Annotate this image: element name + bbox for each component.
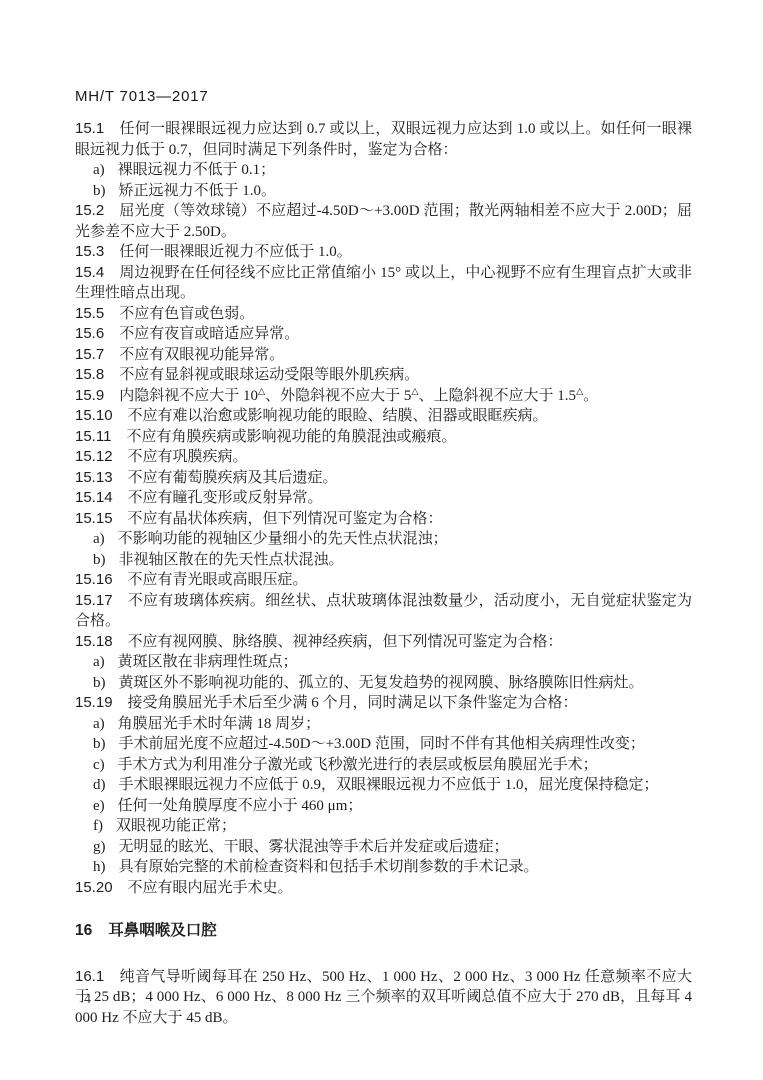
clause-number: 15.3 — [75, 243, 119, 260]
clause-number: 15.9 — [75, 387, 119, 404]
sub-item-label: c) — [93, 757, 118, 773]
clause-row: 15.1任何一眼裸眼远视力应达到 0.7 或以上，双眼远视力应达到 1.0 或以… — [75, 119, 692, 160]
clause-number: 15.6 — [75, 325, 119, 342]
sub-item-text: 双眼视功能正常； — [116, 818, 236, 834]
clause-row: 15.9内隐斜视不应大于 10△、外隐斜视不应大于 5△、上隐斜视不应大于 1.… — [75, 386, 692, 407]
sub-item-label: h) — [93, 859, 119, 875]
sub-item-text: 手术前屈光度不应超过-4.50D～+3.00D 范围，同时不伴有其他相关病理性改… — [119, 736, 645, 752]
clause-row: 15.20不应有眼内屈光手术史。 — [75, 878, 692, 899]
sub-item-text: 具有原始完整的术前检查资料和包括手术切削参数的手术记录。 — [119, 859, 539, 875]
clause-number: 15.10 — [75, 407, 128, 424]
clause-number: 15.5 — [75, 305, 119, 322]
clause-text: 不应有巩膜疾病。 — [128, 449, 248, 465]
clause-number: 15.20 — [75, 879, 128, 896]
sub-item-label: b) — [93, 736, 119, 752]
clause-row: 15.18不应有视网膜、脉络膜、视神经疾病，但下列情况可鉴定为合格： — [75, 632, 692, 653]
clause-number: 15.1 — [75, 120, 119, 137]
sub-item: a)黄斑区散在非病理性斑点； — [75, 652, 692, 673]
clause-row: 15.12不应有巩膜疾病。 — [75, 447, 692, 468]
sub-item-text: 不影响功能的视轴区少量细小的先天性点状混浊； — [118, 531, 448, 547]
clause-row: 15.16不应有青光眼或高眼压症。 — [75, 570, 692, 591]
clause-text: 不应有葡萄膜疾病及其后遗症。 — [128, 470, 338, 486]
clause-number: 15.14 — [75, 489, 128, 506]
clause-text: 不应有显斜视或眼球运动受限等眼外肌疾病。 — [119, 367, 419, 383]
sub-item-label: f) — [93, 818, 116, 834]
sub-item-label: d) — [93, 777, 119, 793]
sub-item-text: 裸眼远视力不低于 0.1； — [118, 162, 276, 178]
sub-item-text: 手术眼裸眼远视力不应低于 0.9，双眼裸眼远视力不应低于 1.0，屈光度保持稳定… — [119, 777, 659, 793]
clause-text: 不应有青光眼或高眼压症。 — [128, 572, 308, 588]
clause-text: 不应有晶状体疾病，但下列情况可鉴定为合格： — [128, 511, 443, 527]
clause-row: 15.3任何一眼裸眼近视力不应低于 1.0。 — [75, 242, 692, 263]
sub-item: e)任何一处角膜厚度不应小于 460 μm； — [75, 796, 692, 817]
section-number: 16 — [75, 922, 108, 939]
clause-text: 不应有瞳孔变形或反射异常。 — [128, 490, 323, 506]
sub-item-label: b) — [93, 183, 119, 199]
clause-row: 15.7不应有双眼视功能异常。 — [75, 345, 692, 366]
clause-number: 15.19 — [75, 694, 128, 711]
sub-item: h)具有原始完整的术前检查资料和包括手术切削参数的手术记录。 — [75, 857, 692, 878]
sub-item-label: e) — [93, 798, 118, 814]
clause-number: 15.4 — [75, 264, 119, 281]
sub-item: b)非视轴区散在的先天性点状混浊。 — [75, 550, 692, 571]
clause-row: 15.13不应有葡萄膜疾病及其后遗症。 — [75, 468, 692, 489]
sub-item: f)双眼视功能正常； — [75, 816, 692, 837]
clause-text: 任何一眼裸眼远视力应达到 0.7 或以上，双眼远视力应达到 1.0 或以上。如任… — [75, 121, 692, 158]
clause-number: 15.16 — [75, 571, 128, 588]
clause-row: 15.8不应有显斜视或眼球运动受限等眼外肌疾病。 — [75, 365, 692, 386]
sub-item-text: 黄斑区外不影响视功能的、孤立的、无复发趋势的视网膜、脉络膜陈旧性病灶。 — [119, 675, 644, 691]
document-page: MH/T 7013—2017 15.1任何一眼裸眼远视力应达到 0.7 或以上，… — [0, 0, 763, 1080]
page-number: 4 — [84, 992, 91, 1008]
sub-item-label: b) — [93, 552, 119, 568]
clause-row: 16.1纯音气导听阈每耳在 250 Hz、500 Hz、1 000 Hz、2 0… — [75, 967, 692, 1029]
clause-row: 15.11不应有角膜疾病或影响视功能的角膜混浊或瘢痕。 — [75, 427, 692, 448]
clause-number: 15.8 — [75, 366, 119, 383]
clause-text: 不应有难以治愈或影响视功能的眼睑、结膜、泪器或眼眶疾病。 — [128, 408, 548, 424]
sub-item: g)无明显的眩光、干眼、雾状混浊等手术后并发症或后遗症； — [75, 837, 692, 858]
clause-text: 内隐斜视不应大于 10△、外隐斜视不应大于 5△、上隐斜视不应大于 1.5△。 — [119, 388, 598, 404]
clause-text: 不应有眼内屈光手术史。 — [128, 880, 293, 896]
sub-item: c)手术方式为利用准分子激光或飞秒激光进行的表层或板层角膜屈光手术； — [75, 755, 692, 776]
clause-number: 15.11 — [75, 428, 126, 445]
sub-item: d)手术眼裸眼远视力不应低于 0.9，双眼裸眼远视力不应低于 1.0，屈光度保持… — [75, 775, 692, 796]
clause-text: 周边视野在任何径线不应比正常值缩小 15° 或以上，中心视野不应有生理盲点扩大或… — [75, 265, 692, 302]
clause-text: 纯音气导听阈每耳在 250 Hz、500 Hz、1 000 Hz、2 000 H… — [75, 969, 692, 1026]
sub-item: b)手术前屈光度不应超过-4.50D～+3.00D 范围，同时不伴有其他相关病理… — [75, 734, 692, 755]
sub-item-label: a) — [93, 654, 118, 670]
sub-item-label: a) — [93, 531, 118, 547]
sub-item: a)裸眼远视力不低于 0.1； — [75, 160, 692, 181]
clause-text: 不应有玻璃体疾病。细丝状、点状玻璃体混浊数量少，活动度小，无自觉症状鉴定为合格。 — [75, 593, 692, 630]
clause-text: 不应有视网膜、脉络膜、视神经疾病，但下列情况可鉴定为合格： — [128, 634, 563, 650]
clause-number: 16.1 — [75, 968, 119, 985]
sub-item-text: 手术方式为利用准分子激光或飞秒激光进行的表层或板层角膜屈光手术； — [118, 757, 598, 773]
sub-item-text: 无明显的眩光、干眼、雾状混浊等手术后并发症或后遗症； — [119, 839, 509, 855]
sub-item: a)角膜屈光手术时年满 18 周岁； — [75, 714, 692, 735]
section-title: 耳鼻咽喉及口腔 — [108, 922, 217, 939]
clause-text: 不应有角膜疾病或影响视功能的角膜混浊或瘢痕。 — [126, 429, 456, 445]
clause-text: 屈光度（等效球镜）不应超过-4.50D～+3.00D 范围；散光两轴相差不应大于… — [75, 203, 692, 240]
clause-row: 15.17不应有玻璃体疾病。细丝状、点状玻璃体混浊数量少，活动度小，无自觉症状鉴… — [75, 591, 692, 632]
sub-item-text: 黄斑区散在非病理性斑点； — [118, 654, 298, 670]
sub-item: a)不影响功能的视轴区少量细小的先天性点状混浊； — [75, 529, 692, 550]
clause-row: 15.2屈光度（等效球镜）不应超过-4.50D～+3.00D 范围；散光两轴相差… — [75, 201, 692, 242]
clause-row: 15.14不应有瞳孔变形或反射异常。 — [75, 488, 692, 509]
sub-item-text: 矫正远视力不低于 1.0。 — [119, 183, 277, 199]
clause-row: 15.15不应有晶状体疾病，但下列情况可鉴定为合格： — [75, 509, 692, 530]
clause-number: 15.17 — [75, 592, 128, 609]
clause-number: 15.15 — [75, 510, 128, 527]
clause-text: 不应有夜盲或暗适应异常。 — [119, 326, 299, 342]
clause-row: 15.4周边视野在任何径线不应比正常值缩小 15° 或以上，中心视野不应有生理盲… — [75, 263, 692, 304]
clause-text: 不应有双眼视功能异常。 — [119, 347, 284, 363]
clause-number: 15.18 — [75, 633, 128, 650]
clause-number: 15.13 — [75, 469, 128, 486]
doc-standard-number: MH/T 7013—2017 — [75, 88, 209, 105]
clause-text: 不应有色盲或色弱。 — [119, 306, 254, 322]
clause-number: 15.12 — [75, 448, 128, 465]
content: 15.1任何一眼裸眼远视力应达到 0.7 或以上，双眼远视力应达到 1.0 或以… — [75, 119, 692, 1028]
sub-item-label: b) — [93, 675, 119, 691]
sub-item-text: 任何一处角膜厚度不应小于 460 μm； — [118, 798, 363, 814]
clause-row: 15.6不应有夜盲或暗适应异常。 — [75, 324, 692, 345]
sub-item-text: 角膜屈光手术时年满 18 周岁； — [118, 716, 321, 732]
clause-row: 15.19接受角膜屈光手术后至少满 6 个月，同时满足以下条件鉴定为合格： — [75, 693, 692, 714]
sub-item-label: g) — [93, 839, 119, 855]
sub-item-label: a) — [93, 716, 118, 732]
clause-row: 15.10不应有难以治愈或影响视功能的眼睑、结膜、泪器或眼眶疾病。 — [75, 406, 692, 427]
sub-item: b)矫正远视力不低于 1.0。 — [75, 181, 692, 202]
section-heading: 16耳鼻咽喉及口腔 — [75, 921, 692, 942]
sub-item: b)黄斑区外不影响视功能的、孤立的、无复发趋势的视网膜、脉络膜陈旧性病灶。 — [75, 673, 692, 694]
clause-text: 接受角膜屈光手术后至少满 6 个月，同时满足以下条件鉴定为合格： — [128, 695, 578, 711]
clause-number: 15.2 — [75, 202, 119, 219]
sub-item-label: a) — [93, 162, 118, 178]
sub-item-text: 非视轴区散在的先天性点状混浊。 — [119, 552, 344, 568]
clause-number: 15.7 — [75, 346, 119, 363]
clause-text: 任何一眼裸眼近视力不应低于 1.0。 — [119, 244, 352, 260]
clause-row: 15.5不应有色盲或色弱。 — [75, 304, 692, 325]
